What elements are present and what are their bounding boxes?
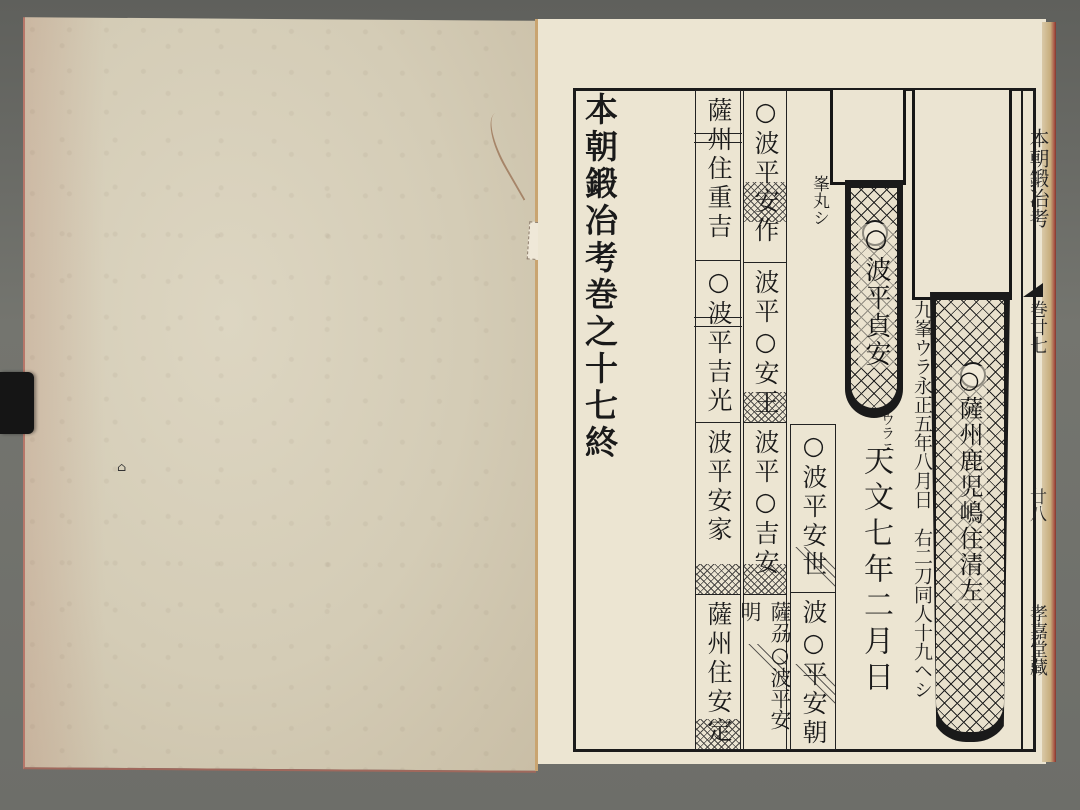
signature-cell: 波○平安朝 bbox=[791, 593, 835, 749]
signature-text: 波平○吉安 bbox=[747, 429, 783, 578]
signature-cell: 薩州住重吉 bbox=[696, 91, 740, 261]
signature-cell: 薩刕○波平安明 bbox=[744, 595, 786, 749]
margin-rule bbox=[1021, 88, 1023, 752]
left-page-blank bbox=[23, 17, 536, 773]
signature-text: 波平安家 bbox=[700, 429, 736, 545]
signature-text: 波平○安王 bbox=[747, 269, 783, 418]
signature-cell: 波平○安王 bbox=[744, 263, 786, 423]
tang-1-inscription: ○波平貞安 bbox=[858, 224, 895, 368]
signature-text: 薩刕○波平安明 bbox=[735, 601, 795, 749]
signature-column-2: ○波平安作 波平○安王 波平○吉安 薩刕○波平安明 bbox=[743, 90, 787, 750]
blade-2-date-note: 九峯ウラ永正五年八月日 右二刀同人十九ヘシ bbox=[912, 300, 931, 699]
blade-1-label: 峯丸シ bbox=[810, 175, 827, 226]
signature-text: 薩州住重吉 bbox=[700, 97, 736, 242]
margin-publisher: 孝嘉堂藏 bbox=[1024, 604, 1050, 676]
signature-text: 波○平安朝 bbox=[795, 599, 831, 748]
sword-tang-2-outline bbox=[912, 90, 1012, 300]
end-of-volume-title: 本朝鍛冶考巻之十七終 bbox=[583, 92, 616, 462]
signature-cell: 薩州住安定 bbox=[696, 595, 740, 749]
left-page-ink-spot: ⌂ bbox=[117, 460, 126, 474]
signature-text: ○波平吉光 bbox=[700, 267, 736, 416]
signature-cell: ○波平吉光 bbox=[696, 261, 740, 423]
signature-column-3: ○波平安世 波○平安朝 bbox=[790, 424, 836, 750]
tang-2-inscription: ○薩州鹿児嶋住清左 bbox=[952, 366, 987, 604]
signature-cell: ○波平安世 bbox=[791, 425, 835, 593]
margin-book-title: 本朝鍛冶考 bbox=[1024, 128, 1053, 228]
margin-folio: 廿八 bbox=[1024, 488, 1049, 522]
book-clip bbox=[0, 372, 34, 434]
signature-text: 薩州住安定 bbox=[700, 601, 736, 746]
signature-text: ○波平安世 bbox=[795, 431, 831, 580]
sword-tang-1-outline bbox=[830, 90, 906, 185]
crosshatch-decoration bbox=[696, 564, 740, 594]
sword-tang-2: ○薩州鹿児嶋住清左 bbox=[930, 292, 1010, 742]
signature-cell: 波平○吉安 bbox=[744, 423, 786, 595]
signature-cell: 波平安家 bbox=[696, 423, 740, 595]
signature-cell: ○波平安作 bbox=[744, 91, 786, 263]
sword-tang-1: ○波平貞安 bbox=[845, 180, 903, 418]
blade-2-back-date: 天文七年二月日 bbox=[860, 445, 890, 697]
signature-text: ○波平安作 bbox=[747, 97, 783, 246]
margin-volume: 巻廿七 bbox=[1024, 300, 1050, 354]
